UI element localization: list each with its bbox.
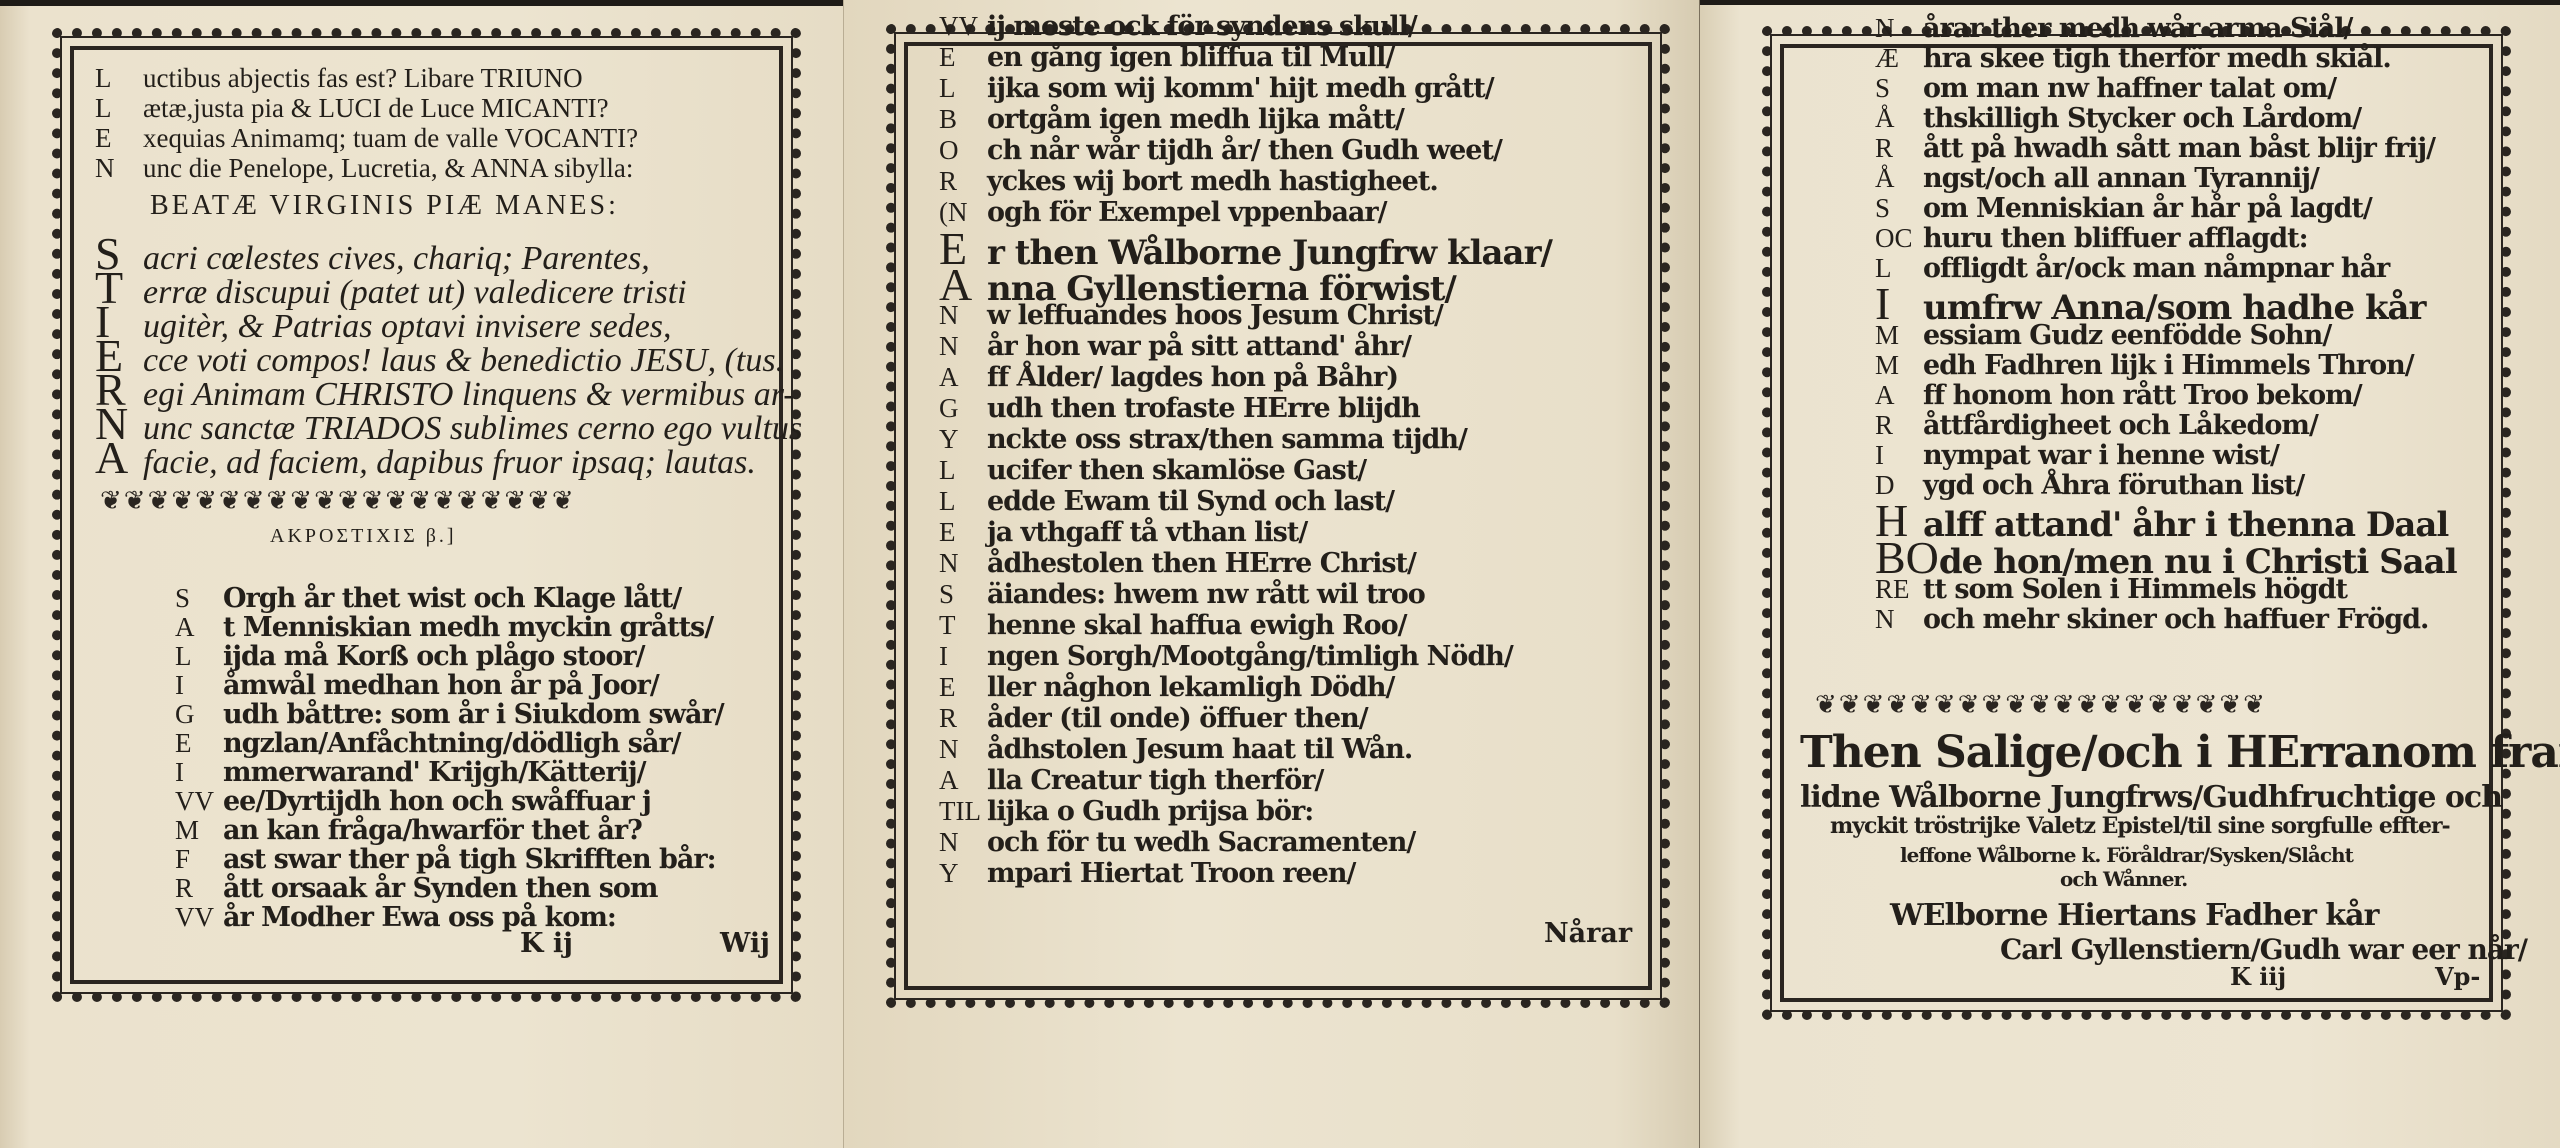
verse-text: ucifer then skamlöse Gast/ bbox=[987, 455, 1366, 486]
verse-text: ij moste ock för syndens skull/ bbox=[987, 11, 1417, 42]
verse-text: åder (til onde) öffuer then/ bbox=[987, 703, 1368, 734]
acrostic-initial: L bbox=[939, 485, 987, 517]
acrostic-initial: Å bbox=[1875, 102, 1923, 134]
verse-line: Afacie, ad faciem, dapibus fruor ipsaq; … bbox=[95, 436, 756, 485]
verse-line: Når hon war på sitt attand' åhr/ bbox=[939, 330, 1411, 363]
verse-text: edde Ewam til Synd och last/ bbox=[987, 486, 1394, 517]
verse-line: Råder (til onde) öffuer then/ bbox=[939, 702, 1368, 735]
acrostic-initial: N bbox=[939, 547, 987, 579]
catchword: Wij bbox=[720, 928, 770, 959]
verse-text: udh then trofaste HErre blijdh bbox=[987, 393, 1420, 424]
acrostic-initial: N bbox=[939, 299, 987, 331]
catchword: Vp- bbox=[2435, 962, 2480, 991]
acrostic-initial: M bbox=[175, 814, 223, 846]
acrostic-initial: A bbox=[1875, 379, 1923, 411]
verse-text: lla Creatur tigh therför/ bbox=[987, 765, 1323, 796]
acrostic-initial: S bbox=[175, 582, 223, 614]
verse-line: Ympari Hiertat Troon reen/ bbox=[939, 857, 1355, 890]
acrostic-initial: L bbox=[175, 640, 223, 672]
verse-text: om man nw haffner talat om/ bbox=[1923, 73, 2336, 104]
fleuron-ornament: ❦❦❦❦❦❦❦❦❦❦❦❦❦❦❦❦❦❦❦❦ bbox=[100, 486, 760, 516]
acrostic-initial: Y bbox=[939, 423, 987, 455]
acrostic-initial: I bbox=[175, 669, 223, 701]
acrostic-initial: A bbox=[175, 611, 223, 643]
acrostic-initial: VV bbox=[939, 10, 987, 42]
verse-line: Aff Ålder/ lagdes hon på Båhr) bbox=[939, 361, 1398, 394]
acrostic-initial: G bbox=[175, 698, 223, 730]
greeting-line-1: WElborne Hiertans Fadher kår bbox=[1890, 900, 2378, 932]
acrostic-initial: I bbox=[939, 640, 987, 672]
middle-page: VVij moste ock för syndens skull/Een gån… bbox=[844, 0, 1700, 1148]
heading: BEATÆ VIRGINIS PIÆ MANES: bbox=[150, 190, 619, 222]
verse-text: offligdt år/ock man nåmpnar hår bbox=[1923, 253, 2389, 284]
verse-line: (Nogh för Exempel vppenbaar/ bbox=[939, 196, 1387, 229]
acrostic-initial: E bbox=[95, 122, 143, 154]
book-edge bbox=[0, 0, 844, 6]
acrostic-initial: N bbox=[95, 152, 143, 184]
verse-line: Rått på hwadh sått man båst blijr frij/ bbox=[1875, 132, 2435, 165]
verse-line: Gudh then trofaste HErre blijdh bbox=[939, 392, 1420, 425]
verse-line: Ångst/och all annan Tyrannij/ bbox=[1875, 162, 2319, 195]
verse-text: huru then bliffuer afflagdt: bbox=[1923, 223, 2308, 254]
verse-text: nympat war i henne wist/ bbox=[1923, 440, 2279, 471]
title-line: leffone Wålborne k. Föråldrar/Sysken/Slå… bbox=[1900, 842, 2353, 868]
verse-text: henne skal haffua ewigh Roo/ bbox=[987, 610, 1407, 641]
verse-text: om Menniskian år hår på lagdt/ bbox=[1923, 193, 2372, 224]
verse-line: Som Menniskian år hår på lagdt/ bbox=[1875, 192, 2372, 225]
verse-line: Ynckte oss strax/then samma tijdh/ bbox=[939, 423, 1467, 456]
verse-text: årar ther medh wår arma Siål/ bbox=[1923, 13, 2352, 44]
acrostic-initial: N bbox=[939, 826, 987, 858]
verse-text: unc die Penelope, Lucretia, & ANNA sibyl… bbox=[143, 153, 633, 183]
verse-line: Nw leffuandes hoos Jesum Christ/ bbox=[939, 299, 1443, 332]
verse-line: Loffligdt år/ock man nåmpnar hår bbox=[1875, 252, 2389, 285]
verse-line: Noch mehr skiner och haffuer Frögd. bbox=[1875, 603, 2428, 636]
acrostic-initial: S bbox=[1875, 192, 1923, 224]
signature-mark: K ij bbox=[520, 928, 573, 959]
verse-line: Bortgåm igen medh lijka mått/ bbox=[939, 103, 1404, 136]
signature-mark: K iij bbox=[2230, 962, 2286, 991]
acrostic-initial: VV bbox=[175, 785, 223, 817]
verse-line: Aff honom hon rått Troo bekom/ bbox=[1875, 379, 2362, 412]
verse-text: och mehr skiner och haffuer Frögd. bbox=[1923, 604, 2428, 635]
acrostic-initial: VV bbox=[175, 901, 223, 933]
verse-line: Nårar ther medh wår arma Siål/ bbox=[1875, 12, 2352, 45]
verse-line: Nådhstolen Jesum haat til Wån. bbox=[939, 733, 1412, 766]
verse-text: xequias Animamq; tuam de valle VOCANTI? bbox=[143, 123, 638, 153]
acrostic-initial: OC bbox=[1875, 222, 1923, 254]
verse-line: Eller någhon lekamligh Dödh/ bbox=[939, 671, 1394, 704]
acrostic-initial: E bbox=[939, 516, 987, 548]
acrostic-initial: RE bbox=[1875, 573, 1923, 605]
verse-text: t Menniskian medh myckin gråtts/ bbox=[223, 612, 713, 643]
acrostic-initial: L bbox=[95, 62, 143, 94]
acrostic-initial: F bbox=[175, 843, 223, 875]
acrostic-initial: I bbox=[175, 756, 223, 788]
verse-text: udh båttre: som år i Siukdom swår/ bbox=[223, 699, 724, 730]
verse-line: Som man nw haffner talat om/ bbox=[1875, 72, 2336, 105]
acrostic-initial: I bbox=[1875, 439, 1923, 471]
right-page: Nårar ther medh wår arma Siål/Æhra skee … bbox=[1700, 0, 2560, 1148]
verse-line: Noch för tu wedh Sacramenten/ bbox=[939, 826, 1415, 859]
verse-text: mpari Hiertat Troon reen/ bbox=[987, 858, 1355, 889]
verse-line: Inympat war i henne wist/ bbox=[1875, 439, 2279, 472]
acrostic-initial: A bbox=[95, 436, 143, 480]
verse-line: Åthskilligh Stycker och Lårdom/ bbox=[1875, 102, 2361, 135]
acrostic-initial: S bbox=[1875, 72, 1923, 104]
acrostic-initial: TIL bbox=[939, 795, 987, 827]
verse-line: TILlijka o Gudh prijsa bör: bbox=[939, 795, 1313, 828]
verse-text: ogh för Exempel vppenbaar/ bbox=[987, 197, 1387, 228]
verse-line: Eja vthgaff tå vthan list/ bbox=[939, 516, 1307, 549]
acrostic-initial: N bbox=[939, 733, 987, 765]
verse-line: Medh Fadhren lijk i Himmels Thron/ bbox=[1875, 349, 2414, 382]
verse-line: Een gång igen bliffua til Mull/ bbox=[939, 41, 1394, 74]
acrostic-initial: E bbox=[175, 727, 223, 759]
verse-line: Nunc die Penelope, Lucretia, & ANNA siby… bbox=[95, 152, 633, 184]
acrostic-initial: A bbox=[939, 361, 987, 393]
verse-text: yckes wij bort medh hastigheet. bbox=[987, 166, 1438, 197]
acrostic-initial: M bbox=[1875, 319, 1923, 351]
verse-line: Ledde Ewam til Synd och last/ bbox=[939, 485, 1394, 518]
verse-line: VVij moste ock för syndens skull/ bbox=[939, 10, 1417, 43]
verse-text: äiandes: hwem nw rått wil troo bbox=[987, 579, 1425, 610]
verse-line: Luctibus abjectis fas est? Libare TRIUNO bbox=[95, 62, 583, 94]
verse-text: ff honom hon rått Troo bekom/ bbox=[1923, 380, 2362, 411]
title-line: lidne Wålborne Jungfrws/Gudhfruchtige oc… bbox=[1800, 780, 2502, 816]
subheading: ΑΚΡΟΣΤΙΧΙΣ β.] bbox=[270, 520, 457, 552]
acrostic-initial: L bbox=[939, 72, 987, 104]
verse-text: och för tu wedh Sacramenten/ bbox=[987, 827, 1415, 858]
acrostic-initial: N bbox=[1875, 12, 1923, 44]
verse-text: ådhestolen then HErre Christ/ bbox=[987, 548, 1416, 579]
verse-line: Nådhestolen then HErre Christ/ bbox=[939, 547, 1416, 580]
verse-line: Ingen Sorgh/Mootgång/timligh Nödh/ bbox=[939, 640, 1513, 673]
verse-text: uctibus abjectis fas est? Libare TRIUNO bbox=[143, 63, 583, 93]
verse-line: Råttfårdigheet och Låkedom/ bbox=[1875, 409, 2318, 442]
catchword: Nårar bbox=[1544, 918, 1632, 949]
verse-line: Säiandes: hwem nw rått wil troo bbox=[939, 578, 1425, 611]
verse-text: facie, ad faciem, dapibus fruor ipsaq; l… bbox=[143, 444, 756, 481]
acrostic-initial: A bbox=[939, 764, 987, 796]
verse-text: ijka som wij komm' hijt medh grått/ bbox=[987, 73, 1494, 104]
title-line: myckit tröstrijke Valetz Epistel/til sin… bbox=[1830, 812, 2450, 840]
acrostic-initial: Å bbox=[1875, 162, 1923, 194]
acrostic-initial: R bbox=[939, 702, 987, 734]
verse-text: år hon war på sitt attand' åhr/ bbox=[987, 331, 1411, 362]
verse-text: ngst/och all annan Tyrannij/ bbox=[1923, 163, 2319, 194]
verse-text: thskilligh Stycker och Lårdom/ bbox=[1923, 103, 2361, 134]
acrostic-initial: M bbox=[1875, 349, 1923, 381]
acrostic-initial: G bbox=[939, 392, 987, 424]
title-line: och Wånner. bbox=[2060, 866, 2187, 892]
verse-text: ngen Sorgh/Mootgång/timligh Nödh/ bbox=[987, 641, 1513, 672]
acrostic-initial: S bbox=[939, 578, 987, 610]
acrostic-initial: Y bbox=[939, 857, 987, 889]
verse-text: ja vthgaff tå vthan list/ bbox=[987, 517, 1307, 548]
verse-text: ortgåm igen medh lijka mått/ bbox=[987, 104, 1404, 135]
verse-text: åmwål medhan hon år på Joor/ bbox=[223, 670, 659, 701]
acrostic-initial: L bbox=[939, 454, 987, 486]
title-line: Then Salige/och i HErranom fram- bbox=[1800, 728, 2560, 778]
acrostic-initial: O bbox=[939, 134, 987, 166]
verse-line: Lucifer then skamlöse Gast/ bbox=[939, 454, 1366, 487]
verse-text: nckte oss strax/then samma tijdh/ bbox=[987, 424, 1467, 455]
acrostic-initial: E bbox=[939, 671, 987, 703]
verse-line: Dygd och Åhra föruthan list/ bbox=[1875, 469, 2304, 502]
acrostic-initial: L bbox=[95, 92, 143, 124]
verse-text: an kan fråga/hwarför thet år? bbox=[223, 815, 642, 846]
acrostic-initial: R bbox=[1875, 132, 1923, 164]
acrostic-initial: R bbox=[939, 165, 987, 197]
book-edge bbox=[1700, 0, 2560, 5]
verse-text: w leffuandes hoos Jesum Christ/ bbox=[987, 300, 1443, 331]
verse-line: Messiam Gudz eenfödde Sohn/ bbox=[1875, 319, 2331, 352]
verse-line: OChuru then bliffuer afflagdt: bbox=[1875, 222, 2308, 255]
verse-text: åttfårdigheet och Låkedom/ bbox=[1923, 410, 2318, 441]
verse-line: Ryckes wij bort medh hastigheet. bbox=[939, 165, 1438, 198]
fleuron-ornament: ❦❦❦❦❦❦❦❦❦❦❦❦❦❦❦❦❦❦❦ bbox=[1815, 690, 2475, 720]
verse-text: ngzlan/Anfåchtning/dödligh sår/ bbox=[223, 728, 681, 759]
acrostic-initial: R bbox=[175, 872, 223, 904]
verse-text: en gång igen bliffua til Mull/ bbox=[987, 42, 1394, 73]
verse-text: ee/Dyrtijdh hon och swåffuar j bbox=[223, 786, 651, 817]
verse-text: ætæ,justa pia & LUCI de Luce MICANTI? bbox=[143, 93, 609, 123]
verse-text: ller någhon lekamligh Dödh/ bbox=[987, 672, 1394, 703]
verse-line: Lijka som wij komm' hijt medh grått/ bbox=[939, 72, 1494, 105]
acrostic-initial: N bbox=[939, 330, 987, 362]
verse-line: Och når wår tijdh år/ then Gudh weet/ bbox=[939, 134, 1502, 167]
verse-text: ch når wår tijdh år/ then Gudh weet/ bbox=[987, 135, 1502, 166]
left-page: Luctibus abjectis fas est? Libare TRIUNO… bbox=[0, 0, 844, 1148]
acrostic-initial: R bbox=[1875, 409, 1923, 441]
acrostic-initial: E bbox=[939, 41, 987, 73]
verse-line: Lætæ,justa pia & LUCI de Luce MICANTI? bbox=[95, 92, 609, 124]
acrostic-initial: T bbox=[939, 609, 987, 641]
verse-line: Exequias Animamq; tuam de valle VOCANTI? bbox=[95, 122, 638, 154]
verse-text: hra skee tigh therför medh skiål. bbox=[1923, 43, 2391, 74]
verse-text: ijda må Korß och plågo stoor/ bbox=[223, 641, 644, 672]
verse-text: ygd och Åhra föruthan list/ bbox=[1923, 470, 2304, 501]
verse-text: ått orsaak år Synden then som bbox=[223, 873, 657, 904]
verse-text: edh Fadhren lijk i Himmels Thron/ bbox=[1923, 350, 2414, 381]
verse-line: REtt som Solen i Himmels högdt bbox=[1875, 573, 2347, 606]
verse-text: ått på hwadh sått man båst blijr frij/ bbox=[1923, 133, 2435, 164]
acrostic-initial: B bbox=[939, 103, 987, 135]
verse-text: ff Ålder/ lagdes hon på Båhr) bbox=[987, 362, 1398, 393]
acrostic-initial: N bbox=[1875, 603, 1923, 635]
verse-text: lijka o Gudh prijsa bör: bbox=[987, 796, 1313, 827]
verse-text: mmerwarand' Krijgh/Kätterij/ bbox=[223, 757, 645, 788]
verse-line: Thenne skal haffua ewigh Roo/ bbox=[939, 609, 1407, 642]
acrostic-initial: Æ bbox=[1875, 42, 1923, 74]
verse-line: Alla Creatur tigh therför/ bbox=[939, 764, 1323, 797]
verse-text: tt som Solen i Himmels högdt bbox=[1923, 574, 2347, 605]
verse-text: essiam Gudz eenfödde Sohn/ bbox=[1923, 320, 2331, 351]
verse-text: ådhstolen Jesum haat til Wån. bbox=[987, 734, 1412, 765]
verse-text: Orgh år thet wist och Klage lått/ bbox=[223, 583, 681, 614]
verse-text: ast swar ther på tigh Skrifften bår: bbox=[223, 844, 716, 875]
verse-line: Æhra skee tigh therför medh skiål. bbox=[1875, 42, 2391, 75]
